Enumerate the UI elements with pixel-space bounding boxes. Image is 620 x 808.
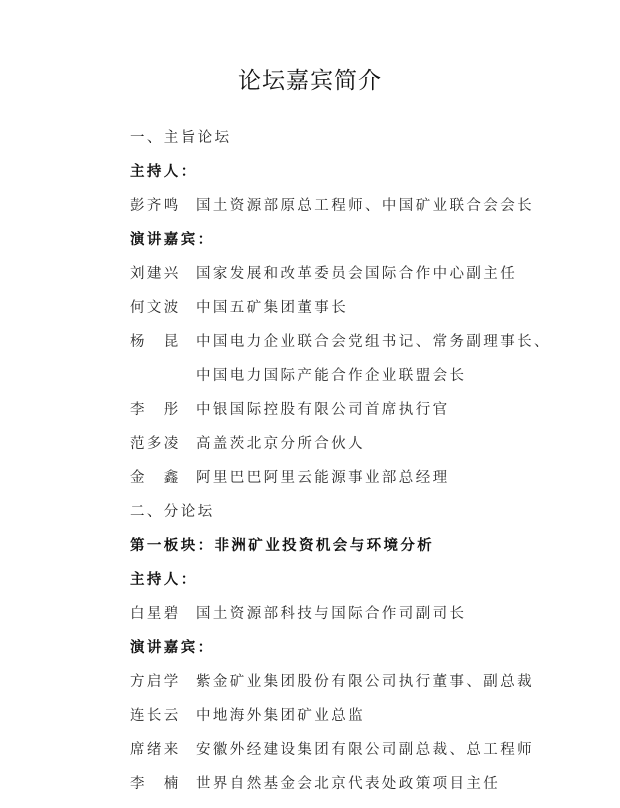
person-name: 方启学 (130, 669, 196, 703)
person-title: 中国五矿集团董事长 (196, 295, 600, 329)
person-name: 李 彤 (130, 397, 196, 431)
document-body: 一、主旨论坛 主持人： 彭齐鸣 国土资源部原总工程师、中国矿业联合会会长 演讲嘉… (130, 125, 600, 805)
speaker-entry: 席绪来 安徽外经建设集团有限公司副总裁、总工程师 (130, 737, 600, 771)
person-title: 高盖茨北京分所合伙人 (196, 431, 600, 465)
speaker-entry: 李 楠 世界自然基金会北京代表处政策项目主任 (130, 771, 600, 805)
person-name: 金 鑫 (130, 465, 196, 499)
person-title-continued: 中国电力国际产能合作企业联盟会长 (130, 363, 600, 397)
person-title: 国家发展和改革委员会国际合作中心副主任 (196, 261, 600, 295)
speaker-entry: 范多凌 高盖茨北京分所合伙人 (130, 431, 600, 465)
speakers-label: 演讲嘉宾： (130, 227, 600, 261)
person-title: 国土资源部科技与国际合作司副司长 (196, 601, 600, 635)
speaker-entry: 杨 昆 中国电力企业联合会党组书记、常务副理事长、 (130, 329, 600, 363)
person-name: 李 楠 (130, 771, 196, 805)
speakers-label: 演讲嘉宾： (130, 635, 600, 669)
host-entry: 彭齐鸣 国土资源部原总工程师、中国矿业联合会会长 (130, 193, 600, 227)
person-title: 中银国际控股有限公司首席执行官 (196, 397, 600, 431)
speaker-entry: 方启学 紫金矿业集团股份有限公司执行董事、副总裁 (130, 669, 600, 703)
person-name: 彭齐鸣 (130, 193, 196, 227)
section-heading-subforum: 二、分论坛 (130, 499, 600, 533)
person-name: 刘建兴 (130, 261, 196, 295)
person-title: 中地海外集团矿业总监 (196, 703, 600, 737)
section-heading-keynote: 一、主旨论坛 (130, 125, 600, 159)
person-name: 白星碧 (130, 601, 196, 635)
person-name: 席绪来 (130, 737, 196, 771)
speaker-entry: 李 彤 中银国际控股有限公司首席执行官 (130, 397, 600, 431)
person-title: 中国电力企业联合会党组书记、常务副理事长、 (196, 329, 600, 363)
person-name: 杨 昆 (130, 329, 196, 363)
person-title: 安徽外经建设集团有限公司副总裁、总工程师 (196, 737, 600, 771)
person-title: 紫金矿业集团股份有限公司执行董事、副总裁 (196, 669, 600, 703)
host-label: 主持人： (130, 567, 600, 601)
person-name: 连长云 (130, 703, 196, 737)
block-title: 第一板块：非洲矿业投资机会与环境分析 (130, 533, 600, 567)
person-title: 国土资源部原总工程师、中国矿业联合会会长 (196, 193, 600, 227)
speaker-entry: 何文波 中国五矿集团董事长 (130, 295, 600, 329)
speaker-entry: 刘建兴 国家发展和改革委员会国际合作中心副主任 (130, 261, 600, 295)
person-name: 范多凌 (130, 431, 196, 465)
person-name: 何文波 (130, 295, 196, 329)
speaker-entry: 连长云 中地海外集团矿业总监 (130, 703, 600, 737)
host-entry: 白星碧 国土资源部科技与国际合作司副司长 (130, 601, 600, 635)
speaker-entry: 金 鑫 阿里巴巴阿里云能源事业部总经理 (130, 465, 600, 499)
page-title: 论坛嘉宾简介 (0, 62, 620, 95)
host-label: 主持人： (130, 159, 600, 193)
person-title: 阿里巴巴阿里云能源事业部总经理 (196, 465, 600, 499)
person-title: 世界自然基金会北京代表处政策项目主任 (196, 771, 600, 805)
